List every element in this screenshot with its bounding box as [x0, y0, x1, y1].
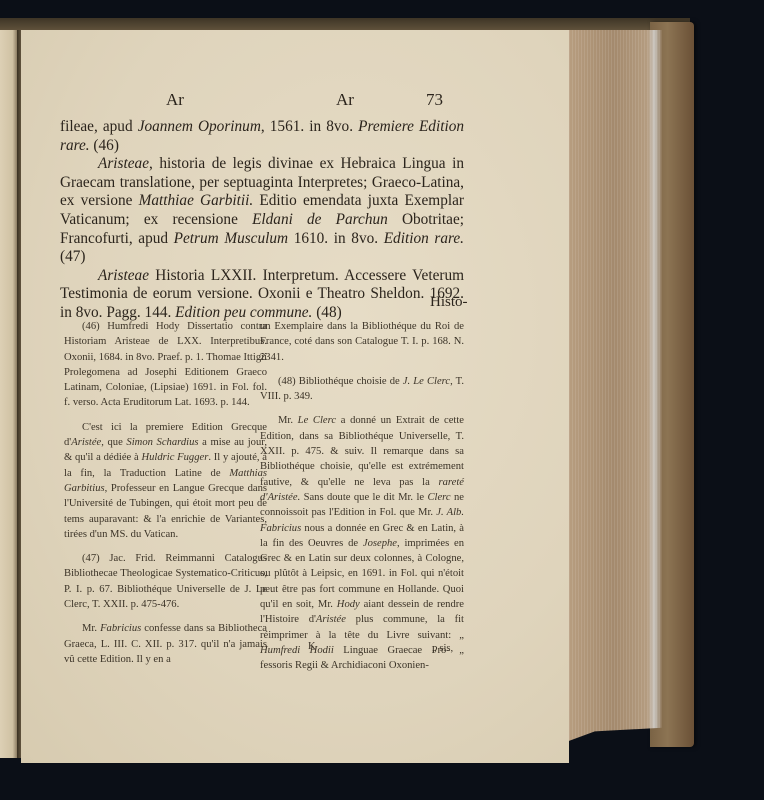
italic-text: Hody	[337, 599, 360, 610]
footnote-46: (46) Humfredi Hody Dissertatio contra Hi…	[64, 319, 267, 411]
italic-text: Huldric Fugger	[141, 452, 208, 463]
italic-text: Josephe	[363, 538, 397, 549]
italic-text: Humfredi Hodii	[260, 645, 334, 656]
italic-text: Aristée	[316, 614, 346, 625]
italic-text: Aristeae	[98, 155, 149, 172]
italic-text: Clerc	[427, 492, 450, 503]
text: Sans doute que le dit Mr. le	[300, 492, 427, 503]
italic-text: Joannem Oporinum	[138, 118, 261, 135]
running-head-left: Ar	[166, 90, 184, 110]
italic-text: Edition rare.	[384, 230, 464, 247]
text: , que	[101, 437, 126, 448]
page-block-edges	[566, 30, 662, 742]
footnote-ref: (47)	[60, 248, 86, 265]
main-text: fileae, apud Joannem Oporinum, 1561. in …	[60, 118, 464, 323]
running-head: Ar Ar 73	[21, 90, 569, 110]
italic-text: Matthiae Garbitii.	[139, 192, 254, 209]
text: Mr.	[82, 623, 100, 634]
footnote-47-continued: un Exemplaire dans la Bibliothéque du Ro…	[260, 319, 464, 365]
book-page: Ar Ar 73 fileae, apud Joannem Oporinum, …	[21, 30, 569, 763]
left-page-edge	[0, 30, 18, 758]
italic-text: Petrum Musculum	[174, 230, 288, 247]
text: fileae, apud	[60, 118, 138, 135]
footnote-47: (47) Jac. Frid. Reimmanni Catalogus Bibl…	[64, 551, 267, 612]
running-head-center: Ar	[336, 90, 354, 110]
paragraph-2: Aristeae, historia de legis divinae ex H…	[60, 155, 464, 267]
catchword: Histo-	[430, 294, 468, 311]
footnote-catchword: „ sis,	[432, 641, 453, 656]
footnotes-right-column: un Exemplaire dans la Bibliothéque du Ro…	[260, 319, 464, 683]
text: Mr.	[278, 415, 298, 426]
text: 1610. in 8vo.	[288, 230, 384, 247]
italic-text: Simon Schardius	[126, 437, 198, 448]
text: , 1561. in 8vo.	[261, 118, 358, 135]
paragraph-3: Aristeae Historia LXXII. Interpretum. Ac…	[60, 267, 464, 323]
footnote-48: (48) Bibliothéque choisie de J. Le Clerc…	[260, 374, 464, 405]
page-number: 73	[426, 90, 443, 110]
footnote-46-comment: C'est ici la premiere Edition Grecque d'…	[64, 420, 267, 542]
italic-text: Le Clerc	[298, 415, 336, 426]
italic-text: Aristée	[71, 437, 101, 448]
text: (48) Bibliothéque choisie de	[278, 376, 403, 387]
paragraph-1: fileae, apud Joannem Oporinum, 1561. in …	[60, 118, 464, 155]
footnote-ref: (46)	[90, 137, 119, 154]
footnote-47-comment: Mr. Fabricius confesse dans sa Bibliothe…	[64, 621, 267, 667]
footnotes-left-column: (46) Humfredi Hody Dissertatio contra Hi…	[64, 319, 267, 676]
italic-text: Aristeae	[98, 267, 149, 284]
signature-mark: K	[308, 639, 316, 654]
italic-text: Eldani de Parchun	[252, 211, 388, 228]
italic-text: J. Le Clerc	[403, 376, 450, 387]
footnote-48-comment: Mr. Le Clerc a donné un Extrait de cette…	[260, 413, 464, 673]
italic-text: Fabricius	[100, 623, 141, 634]
